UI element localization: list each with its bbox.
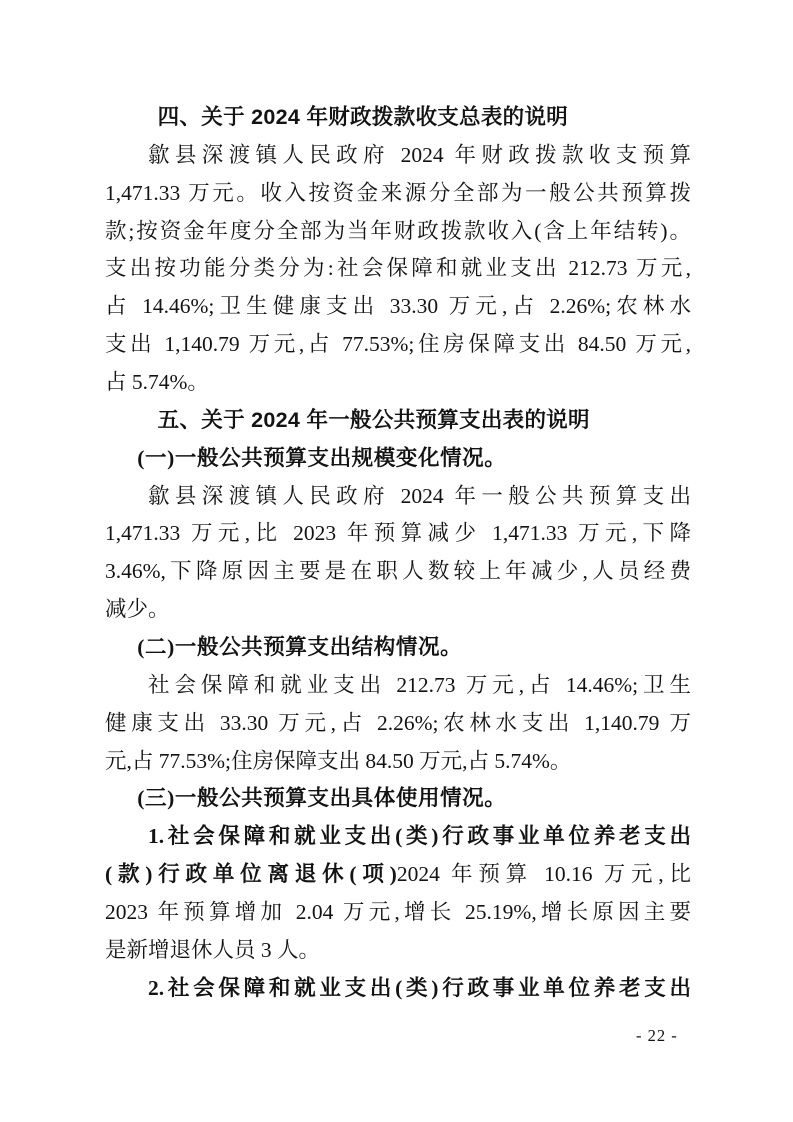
paragraph-line: 支出 1,140.79 万元,占 77.53%;住房保障支出 84.50 万元, [105,326,691,364]
section-heading-5: 五、关于 2024 年一般公共预算支出表的说明 [105,402,691,440]
page-number: - 22 - [636,1025,678,1047]
paragraph-line: 是新增退休人员 3 人。 [105,932,691,970]
paragraph-line: 社会保障和就业支出 212.73 万元,占 14.46%;卫生 [105,667,691,705]
paragraph-line: 1,471.33 万元。收入按资金来源分全部为一般公共预算拨 [105,175,691,213]
paragraph-line: 健康支出 33.30 万元,占 2.26%;农林水支出 1,140.79 万 [105,705,691,743]
document-content: 四、关于 2024 年财政拨款收支总表的说明 歙县深渡镇人民政府 2024 年财… [105,99,691,1008]
paragraph-line: 3.46%,下降原因主要是在职人数较上年减少,人员经费 [105,553,691,591]
paragraph-line: 1,471.33 万元,比 2023 年预算减少 1,471.33 万元,下降 [105,515,691,553]
item-1-title-line: 1.社会保障和就业支出(类)行政事业单位养老支出 [105,818,691,856]
paragraph-line: 2023 年预算增加 2.04 万元,增长 25.19%,增长原因主要 [105,894,691,932]
paragraph-line: 款;按资金年度分全部为当年财政拨款收入(含上年结转)。 [105,213,691,251]
paragraph-line: 歙县深渡镇人民政府 2024 年财政拨款收支预算 [105,137,691,175]
item-2-title-line: 2.社会保障和就业支出(类)行政事业单位养老支出 [105,970,691,1008]
item-1-mixed-line: (款)行政单位离退休(项)2024 年预算 10.16 万元,比 [105,856,691,894]
paragraph-line: 支出按功能分类分为:社会保障和就业支出 212.73 万元, [105,250,691,288]
document-page: 四、关于 2024 年财政拨款收支总表的说明 歙县深渡镇人民政府 2024 年财… [0,0,793,1122]
item-1-title-continuation: (款)行政单位离退休(项) [105,862,397,886]
subsection-heading-3: (三)一般公共预算支出具体使用情况。 [105,780,691,818]
section-heading-4: 四、关于 2024 年财政拨款收支总表的说明 [105,99,691,137]
paragraph-line: 歙县深渡镇人民政府 2024 年一般公共预算支出 [105,478,691,516]
paragraph-line: 元,占 77.53%;住房保障支出 84.50 万元,占 5.74%。 [105,743,691,781]
subsection-heading-1: (一)一般公共预算支出规模变化情况。 [105,440,691,478]
paragraph-line: 减少。 [105,591,691,629]
paragraph-line: 占 5.74%。 [105,364,691,402]
item-1-body-text: 2024 年预算 10.16 万元,比 [397,862,691,886]
subsection-heading-2: (二)一般公共预算支出结构情况。 [105,629,691,667]
paragraph-line: 占 14.46%;卫生健康支出 33.30 万元,占 2.26%;农林水 [105,288,691,326]
